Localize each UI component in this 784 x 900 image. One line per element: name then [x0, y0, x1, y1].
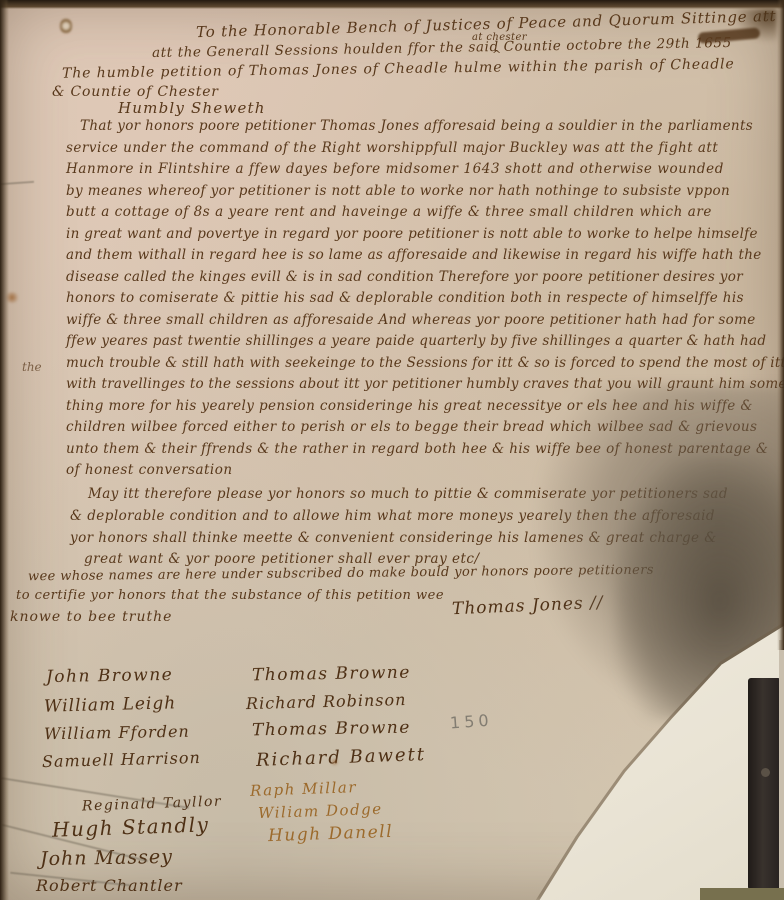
signature-raph-millar: Raph Millar [250, 778, 358, 800]
manuscript-page: To the Honorable Bench of Justices of Pe… [0, 0, 784, 900]
body-line: children wilbee forced either to perish … [66, 419, 757, 435]
signature-richard-robinson: Richard Robinson [246, 690, 407, 713]
paper-hole [60, 18, 72, 34]
scan-edge-right [777, 0, 784, 650]
corner-ink-smear [733, 9, 777, 43]
body-line: by meanes whereof yor petitioner is nott… [66, 183, 730, 199]
body-line: and them withall in regard hee is so lam… [66, 247, 762, 263]
body-line: in great want and povertye in regard yor… [66, 226, 758, 242]
header-line-4: & Countie of Chester [52, 84, 219, 100]
binding-clamp-bar [748, 678, 781, 890]
stain-spot [330, 758, 339, 766]
signature-john-browne: John Browne [46, 665, 174, 687]
pencil-folio-number: 150 [449, 711, 493, 733]
body-line: honors to comiserate & pittie his sad & … [66, 290, 744, 306]
signature-thomas-browne-2: Thomas Browne [252, 718, 411, 741]
signature-hugh-standly: Hugh Standly [52, 812, 210, 841]
signature-hugh-danell: Hugh Danell [268, 822, 394, 846]
signature-wiliam-dodge: Wiliam Dodge [258, 800, 383, 822]
signature-william-fforden: William Fforden [44, 722, 190, 744]
attestation-line: knowe to bee truthe [10, 609, 172, 625]
body-line: of honest conversation [66, 462, 233, 478]
scan-background-strip [700, 888, 784, 900]
body-line: thing more for his yearely pension consi… [66, 398, 753, 414]
signature-thomas-jones: Thomas Jones // [452, 593, 604, 620]
prayer-line: yor honors shall thinke meette & conveni… [70, 530, 717, 546]
body-line: ffew yeares past twentie shillinges a ye… [66, 333, 766, 349]
body-line: with travellinges to the sessions about … [66, 376, 784, 392]
margin-note: the [22, 360, 42, 374]
clamp-rivet [761, 768, 770, 777]
scan-edge-left [0, 0, 9, 900]
prayer-line: May itt therefore please yor honors so m… [88, 486, 728, 502]
prayer-line: & deplorable condition and to allowe him… [70, 508, 715, 524]
body-line: wiffe & three small children as afforesa… [66, 312, 756, 328]
signature-thomas-browne-1: Thomas Browne [252, 663, 411, 686]
body-line: butt a cottage of 8s a yeare rent and ha… [66, 204, 712, 220]
page-edge-sliver [779, 640, 784, 890]
signature-reginald-tayllor: Reginald Tayllor [82, 794, 223, 815]
body-line: Hanmore in Flintshire a ffew dayes befor… [66, 161, 724, 177]
header-sheweth: Humbly Sheweth [118, 99, 266, 117]
scan-edge-top [0, 0, 784, 9]
signature-samuell-harrison: Samuell Harrison [42, 748, 201, 771]
header-insertion: at chester [472, 32, 527, 43]
body-line: much trouble & still hath with seekeinge… [66, 355, 784, 371]
body-line: unto them & their ffrends & the rather i… [66, 441, 768, 457]
body-line: disease called the kinges evill & is in … [66, 269, 743, 285]
body-line: That yor honors poore petitioner Thomas … [80, 118, 753, 134]
body-line: service under the command of the Right w… [66, 140, 718, 156]
signature-william-leigh: William Leigh [44, 693, 177, 716]
signature-richard-bawett: Richard Bawett [256, 744, 427, 771]
attestation-line: to certifie yor honors that the substanc… [16, 588, 444, 603]
